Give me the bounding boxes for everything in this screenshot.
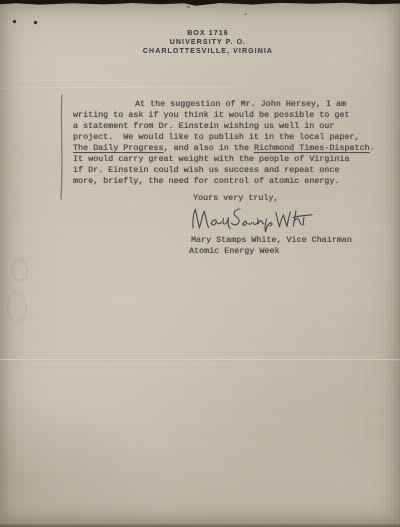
pencil-scribble [1,249,47,341]
letter-paragraph: At the suggestion of Mr. John Hersey, I … [73,99,393,187]
signer-name-line: Mary Stamps White, Vice Chairman [191,235,352,246]
letter-line: writing to ask if you think it would be … [73,110,393,121]
letter-line: At the suggestion of Mr. John Hersey, I … [73,99,393,110]
letter-line: a statement from Dr. Einstein wishing us… [73,121,393,132]
staple-hole [13,20,16,23]
letterhead-po-line: UNIVERSITY P. O. [16,38,400,47]
letterhead-city-line: CHARLOTTESVILLE, VIRGINIA [16,47,400,56]
pencil-margin-line [58,93,66,201]
signature-handwriting [190,205,315,233]
letter-line: It would carry great weight with the peo… [73,154,393,165]
letter-line: more, briefly, the need for control of a… [73,176,393,187]
bottom-edge-shadow [0,523,400,527]
closing-line: Yours very truly, [193,193,278,204]
letter-line: The Daily Progress, and also in the Rich… [73,143,393,154]
paper-speck [244,13,247,15]
paper [0,0,400,527]
letterhead-box-line: BOX 1716 [16,29,400,38]
paper-speck [187,6,190,8]
letter-line: if Dr. Einstein could wish us success an… [73,165,393,176]
letterhead: BOX 1716 UNIVERSITY P. O. CHARLOTTESVILL… [16,29,400,56]
organization-line: Atomic Energy Week [189,246,279,257]
staple-hole [34,21,37,24]
letter-photo: BOX 1716 UNIVERSITY P. O. CHARLOTTESVILL… [0,0,400,527]
letter-line: project. We would like to publish it in … [73,132,393,143]
